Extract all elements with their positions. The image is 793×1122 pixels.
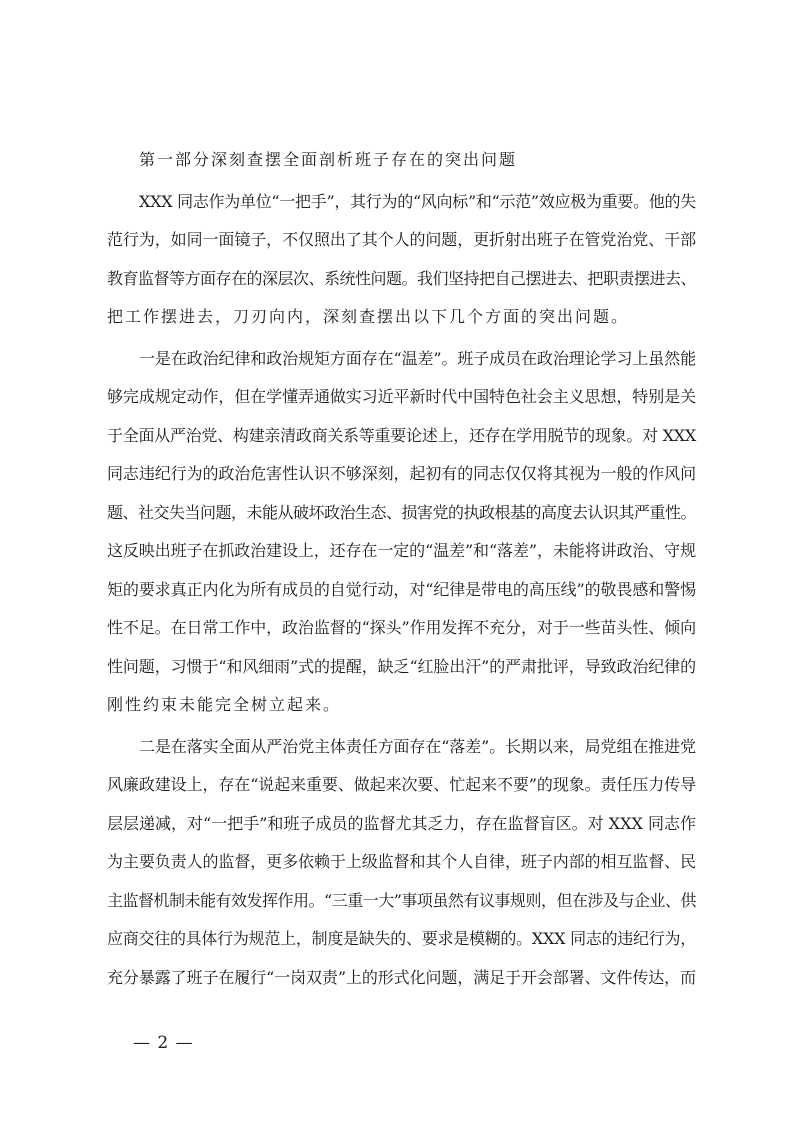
text-line: 矩的要求真正内化为所有成员的自觉行动，对“纪律是带电的高压线”的敬畏感和警惕	[107, 571, 696, 610]
text-line: 性不足。在日常工作中，政治监督的“探头”作用发挥不充分，对于一些苗头性、倾向	[107, 609, 696, 648]
text-line: 二是在落实全面从严治党主体责任方面存在“落差”。长期以来，局党组在推进党	[107, 728, 696, 767]
text-line: 这反映出班子在抓政治建设上，还存在一定的“温差”和“落差”，未能将讲政治、守规	[107, 532, 696, 571]
text-line: 充分暴露了班子在履行“一岗双责”上的形式化问题，满足于开会部署、文件传达，而	[107, 959, 696, 998]
text-line: 性问题，习惯于“和风细雨”式的提醒，缺乏“红脸出汗”的严肃批评，导致政治纪律的	[107, 648, 696, 687]
document-page: 第一部分深刻查摆全面剖析班子存在的突出问题 XXX 同志作为单位“一把手”，其行…	[0, 0, 793, 1122]
paragraph-intro: XXX 同志作为单位“一把手”，其行为的“风向标”和“示范”效应极为重要。他的失…	[107, 183, 696, 337]
text-line: 于全面从严治党、构建亲清政商关系等重要论述上，还存在学用脱节的现象。对 XXX	[107, 417, 696, 456]
text-line: 应商交往的具体行为规范上，制度是缺失的、要求是模糊的。XXX 同志的违纪行为，	[107, 920, 696, 959]
document-body: 第一部分深刻查摆全面剖析班子存在的突出问题 XXX 同志作为单位“一把手”，其行…	[107, 141, 696, 1000]
text-line: 范行为，如同一面镜子，不仅照出了其个人的问题，更折射出班子在管党治党、干部	[107, 221, 696, 260]
text-line: 为主要负责人的监督，更多依赖于上级监督和其个人自律，班子内部的相互监督、民	[107, 843, 696, 882]
page-number: — 2 —	[133, 1030, 194, 1056]
text-line: 同志违纪行为的政治危害性认识不够深刻，起初有的同志仅仅将其视为一般的作风问	[107, 455, 696, 494]
text-line: 够完成规定动作，但在学懂弄通做实习近平新时代中国特色社会主义思想，特别是关	[107, 378, 696, 417]
text-line: 风廉政建设上，存在“说起来重要、做起来次要、忙起来不要”的现象。责任压力传导	[107, 766, 696, 805]
text-line: XXX 同志作为单位“一把手”，其行为的“风向标”和“示范”效应极为重要。他的失	[107, 183, 696, 222]
text-line: 层层递减，对“一把手”和班子成员的监督尤其乏力，存在监督盲区。对 XXX 同志作	[107, 805, 696, 844]
text-line: 教育监督等方面存在的深层次、系统性问题。我们坚持把自己摆进去、把职责摆进去、	[107, 260, 696, 299]
text-line: 题、社交失当问题，未能从破坏政治生态、损害党的执政根基的高度去认识其严重性。	[107, 494, 696, 533]
text-line: 把工作摆进去，刀刃向内，深刻查摆出以下几个方面的突出问题。	[107, 298, 696, 337]
text-line: 刚性约束未能完全树立起来。	[107, 686, 696, 725]
section-heading-paragraph: 第一部分深刻查摆全面剖析班子存在的突出问题	[107, 141, 696, 180]
paragraph-main-responsibility: 二是在落实全面从严治党主体责任方面存在“落差”。长期以来，局党组在推进党 风廉政…	[107, 728, 696, 998]
paragraph-political-discipline: 一是在政治纪律和政治规矩方面存在“温差”。班子成员在政治理论学习上虽然能 够完成…	[107, 340, 696, 725]
text-line: 主监督机制未能有效发挥作用。“三重一大”事项虽然有议事规则，但在涉及与企业、供	[107, 882, 696, 921]
section-heading: 第一部分深刻查摆全面剖析班子存在的突出问题	[107, 141, 696, 180]
text-line: 一是在政治纪律和政治规矩方面存在“温差”。班子成员在政治理论学习上虽然能	[107, 340, 696, 379]
